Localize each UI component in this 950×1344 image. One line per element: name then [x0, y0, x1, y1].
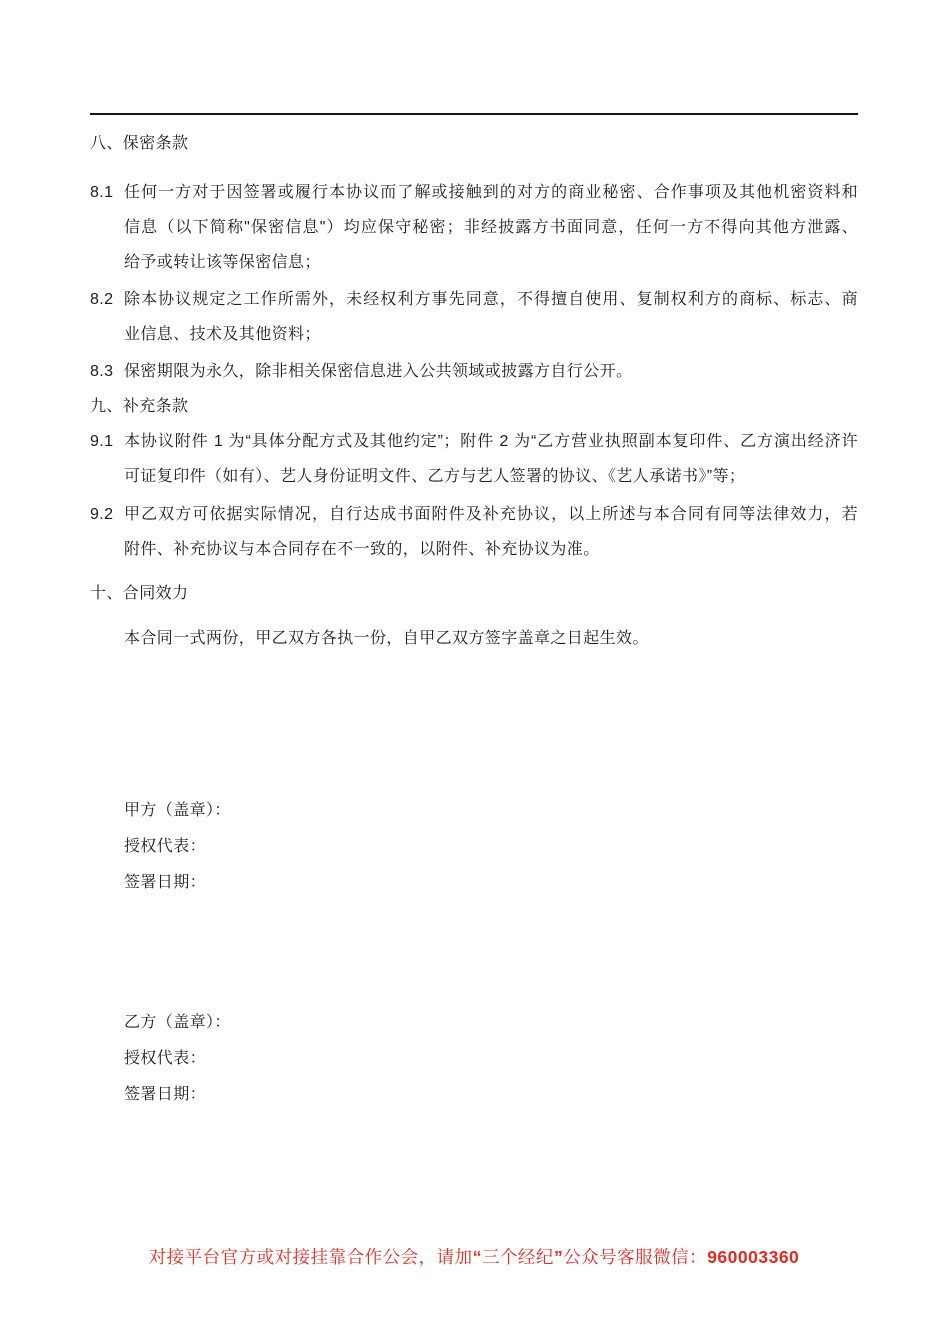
party-a-seal-label: 甲方（盖章）：	[124, 793, 858, 829]
party-b-seal-label: 乙方（盖章）：	[124, 1005, 858, 1041]
party-a-signature-block: 甲方（盖章）： 授权代表： 签署日期：	[124, 793, 858, 901]
clause-text: 任何一方对于因签署或履行本协议而了解或接触到的对方的商业秘密、合作事项及其他机密…	[124, 175, 858, 280]
clause-text: 本协议附件 1 为“具体分配方式及其他约定”；附件 2 为“乙方营业执照副本复印…	[124, 424, 858, 494]
clause-9-1: 9.1 本协议附件 1 为“具体分配方式及其他约定”；附件 2 为“乙方营业执照…	[90, 424, 858, 494]
clause-8-1: 8.1 任何一方对于因签署或履行本协议而了解或接触到的对方的商业秘密、合作事项及…	[90, 175, 858, 280]
clause-number: 8.2	[90, 282, 124, 352]
clause-line: 保密期限为永久，除非相关保密信息进入公共领域或披露方自行公开。	[124, 354, 858, 389]
party-a-representative-label: 授权代表：	[124, 829, 858, 865]
clause-9-2: 9.2 甲乙双方可依据实际情况，自行达成书面附件及补充协议，以上所述与本合同有同…	[90, 497, 858, 567]
clause-8-2: 8.2 除本协议规定之工作所需外，未经权利方事先同意，不得擅自使用、复制权利方的…	[90, 282, 858, 352]
party-a-sign-date-label: 签署日期：	[124, 865, 858, 901]
clause-line: 甲乙双方可依据实际情况，自行达成书面附件及补充协议，以上所述与本合同有同等法律效…	[124, 497, 858, 532]
clause-8-3: 8.3 保密期限为永久，除非相关保密信息进入公共领域或披露方自行公开。	[90, 354, 858, 389]
party-b-signature-block: 乙方（盖章）： 授权代表： 签署日期：	[124, 1005, 858, 1113]
clause-line: 给予或转让该等保密信息；	[124, 245, 858, 280]
footer-wechat-number: 960003360	[707, 1247, 799, 1267]
section-heading-confidentiality: 八、保密条款	[90, 126, 858, 161]
clause-text: 甲乙双方可依据实际情况，自行达成书面附件及补充协议，以上所述与本合同有同等法律效…	[124, 497, 858, 567]
clause-line: 信息（以下简称"保密信息"）均应保守秘密；非经披露方书面同意，任何一方不得向其他…	[124, 210, 858, 245]
clause-line: 除本协议规定之工作所需外，未经权利方事先同意，不得擅自使用、复制权利方的商标、标…	[124, 282, 858, 317]
party-b-sign-date-label: 签署日期：	[124, 1077, 858, 1113]
clause-line: 附件、补充协议与本合同存在不一致的，以附件、补充协议为准。	[124, 532, 858, 567]
clause-number: 9.1	[90, 424, 124, 494]
footer-contact-notice: 对接平台官方或对接挂靠合作公会，请加“三个经纪”公众号客服微信：96000336…	[90, 1244, 858, 1270]
footer-close-quote: ”	[554, 1247, 563, 1267]
footer-brand-name: 三个经纪	[482, 1247, 554, 1267]
clause-number: 8.1	[90, 175, 124, 280]
clause-line: 本协议附件 1 为“具体分配方式及其他约定”；附件 2 为“乙方营业执照副本复印…	[124, 424, 858, 459]
clause-line: 业信息、技术及其他资料；	[124, 317, 858, 352]
section-heading-supplementary: 九、补充条款	[90, 389, 858, 424]
clause-line: 任何一方对于因签署或履行本协议而了解或接触到的对方的商业秘密、合作事项及其他机密…	[124, 175, 858, 210]
clause-number: 8.3	[90, 354, 124, 389]
header-rule	[90, 113, 858, 115]
footer-open-quote: “	[473, 1247, 482, 1267]
clause-text: 除本协议规定之工作所需外，未经权利方事先同意，不得擅自使用、复制权利方的商标、标…	[124, 282, 858, 352]
contract-page: 八、保密条款 8.1 任何一方对于因签署或履行本协议而了解或接触到的对方的商业秘…	[0, 0, 950, 1344]
contract-body: 八、保密条款 8.1 任何一方对于因签署或履行本协议而了解或接触到的对方的商业秘…	[0, 113, 950, 1270]
section-heading-effectiveness: 十、合同效力	[90, 576, 858, 611]
clause-text: 保密期限为永久，除非相关保密信息进入公共领域或披露方自行公开。	[124, 354, 858, 389]
clause-line: 可证复印件（如有）、艺人身份证明文件、乙方与艺人签署的协议、《艺人承诺书》”等；	[124, 459, 858, 494]
effectiveness-paragraph: 本合同一式两份，甲乙双方各执一份，自甲乙双方签字盖章之日起生效。	[124, 621, 858, 656]
footer-prefix-text: 对接平台官方或对接挂靠合作公会，请加	[149, 1247, 473, 1267]
party-b-representative-label: 授权代表：	[124, 1041, 858, 1077]
clause-number: 9.2	[90, 497, 124, 567]
footer-middle-text: 公众号客服微信：	[563, 1247, 707, 1267]
